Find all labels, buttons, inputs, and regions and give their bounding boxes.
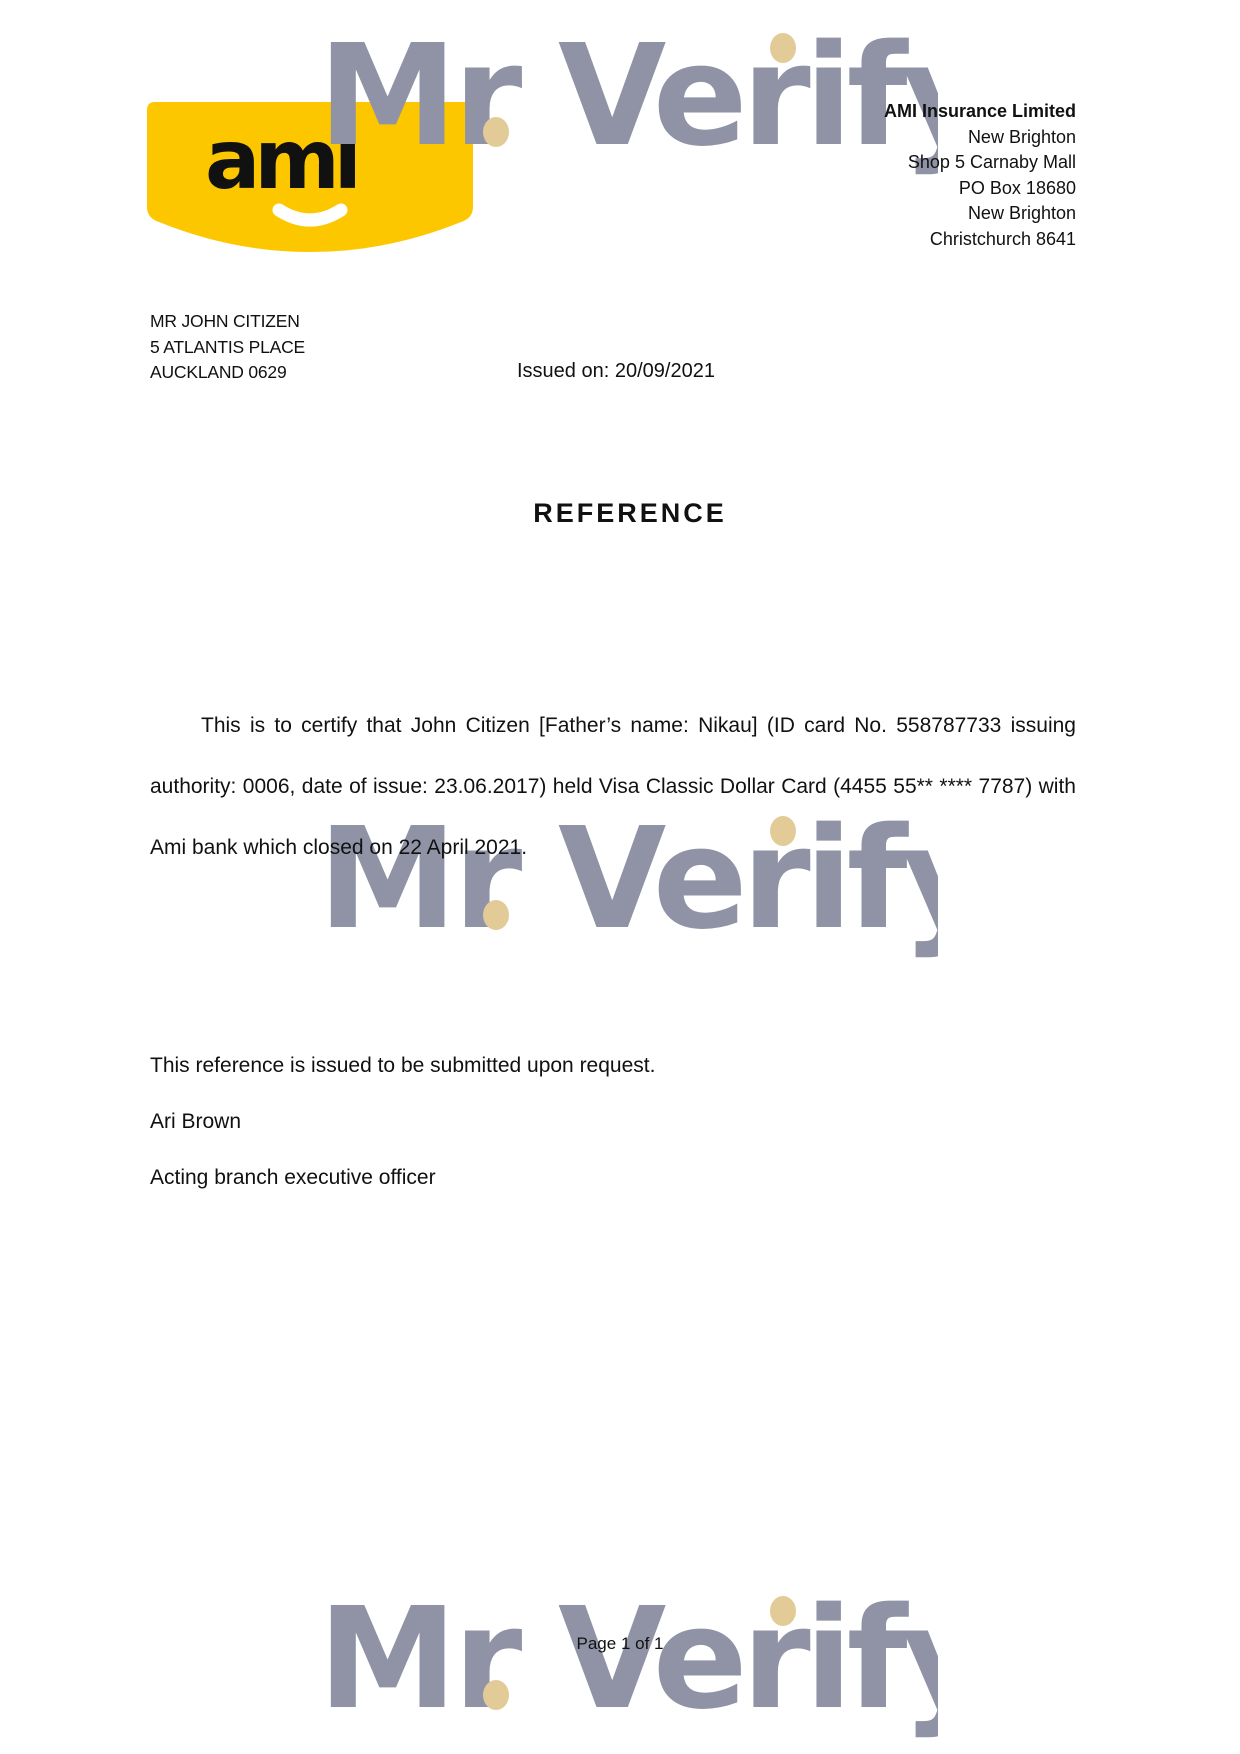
ami-logo: ami — [147, 102, 473, 254]
issued-date: Issued on: 20/09/2021 — [517, 360, 715, 383]
closing-block: This reference is issued to be submitted… — [150, 1038, 655, 1206]
recipient-line: AUCKLAND 0629 — [150, 360, 305, 386]
svg-text:Mr: Mr — [318, 1595, 522, 1741]
signatory-name: Ari Brown — [150, 1094, 655, 1150]
svg-text:ami: ami — [205, 113, 356, 208]
recipient-line: 5 ATLANTIS PLACE — [150, 335, 305, 361]
document-page: ami AMI Insurance Limited New Brighton S… — [0, 0, 1240, 1754]
recipient-line: MR JOHN CITIZEN — [150, 309, 305, 335]
recipient-address: MR JOHN CITIZEN 5 ATLANTIS PLACE AUCKLAN… — [150, 309, 305, 386]
page-number: Page 1 of 1 — [0, 1634, 1240, 1654]
sender-company: AMI Insurance Limited — [884, 99, 1076, 125]
sender-line: PO Box 18680 — [884, 176, 1076, 202]
sender-line: Shop 5 Carnaby Mall — [884, 150, 1076, 176]
svg-text:Verify: Verify — [558, 1595, 938, 1741]
sender-line: New Brighton — [884, 125, 1076, 151]
sender-line: Christchurch 8641 — [884, 227, 1076, 253]
sender-line: New Brighton — [884, 201, 1076, 227]
certification-paragraph: This is to certify that John Citizen [Fa… — [150, 695, 1076, 878]
sender-address: AMI Insurance Limited New Brighton Shop … — [884, 99, 1076, 253]
svg-text:Verify: Verify — [558, 32, 938, 178]
signatory-position: Acting branch executive officer — [150, 1150, 655, 1206]
watermark-logo: MrVerify — [318, 1595, 938, 1745]
document-title: REFERENCE — [0, 498, 1240, 529]
closing-statement: This reference is issued to be submitted… — [150, 1038, 655, 1094]
